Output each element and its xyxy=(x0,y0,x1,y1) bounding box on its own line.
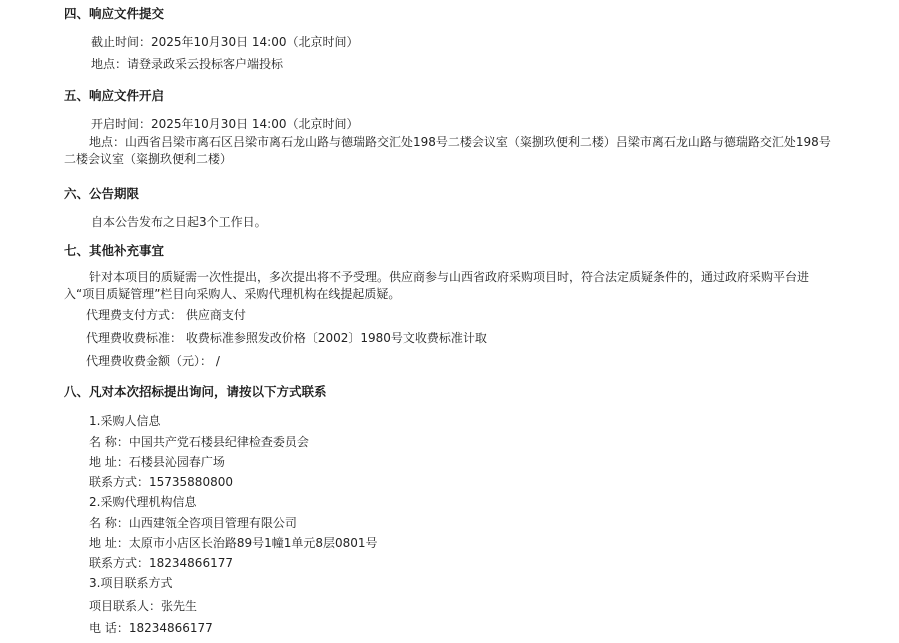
project-contact-title: 3.项目联系方式 xyxy=(89,574,172,591)
agency-name: 名 称：山西建瓴全咨项目管理有限公司 xyxy=(89,514,297,531)
project-contact-phone: 电 话：18234866177 xyxy=(89,619,213,636)
section-5-heading: 五、响应文件开启 xyxy=(64,86,164,104)
submission-deadline: 截止时间：2025年10月30日 14:00（北京时间） xyxy=(91,33,358,50)
agency-contact: 联系方式：18234866177 xyxy=(89,554,233,571)
agency-fee-payment: 代理费支付方式： 供应商支付 xyxy=(86,306,246,323)
purchaser-address: 地 址：石楼县沁园春广场 xyxy=(89,453,225,470)
opening-time: 开启时间：2025年10月30日 14:00（北京时间） xyxy=(91,115,358,132)
section-7-heading: 七、其他补充事宜 xyxy=(64,241,164,259)
section-4-heading: 四、响应文件提交 xyxy=(64,4,164,22)
purchaser-contact: 联系方式：15735880800 xyxy=(89,473,233,490)
agency-fee-standard: 代理费收费标准： 收费标准参照发改价格〔2002〕1980号文收费标准计取 xyxy=(86,329,487,346)
announcement-period: 自本公告发布之日起3个工作日。 xyxy=(91,213,267,230)
agency-fee-amount: 代理费收费金额（元）： / xyxy=(86,352,220,369)
purchaser-name: 名 称：中国共产党石楼县纪律检查委员会 xyxy=(89,433,309,450)
section-6-heading: 六、公告期限 xyxy=(64,184,139,202)
agency-address: 地 址：太原市小店区长治路89号1幢1单元8层0801号 xyxy=(89,534,378,551)
agency-info-title: 2.采购代理机构信息 xyxy=(89,493,196,510)
section-8-heading: 八、凡对本次招标提出询问，请按以下方式联系 xyxy=(64,382,327,400)
submission-location: 地点：请登录政采云投标客户端投标 xyxy=(91,55,283,72)
project-contact-person: 项目联系人：张先生 xyxy=(89,597,197,614)
purchaser-info-title: 1.采购人信息 xyxy=(89,412,160,429)
supplementary-paragraph: 针对本项目的质疑需一次性提出，多次提出将不予受理。供应商参与山西省政府采购项目时… xyxy=(64,269,834,303)
opening-location: 地点：山西省吕梁市离石区吕梁市离石龙山路与德瑞路交汇处198号二楼会议室（粢捌玖… xyxy=(64,134,834,168)
